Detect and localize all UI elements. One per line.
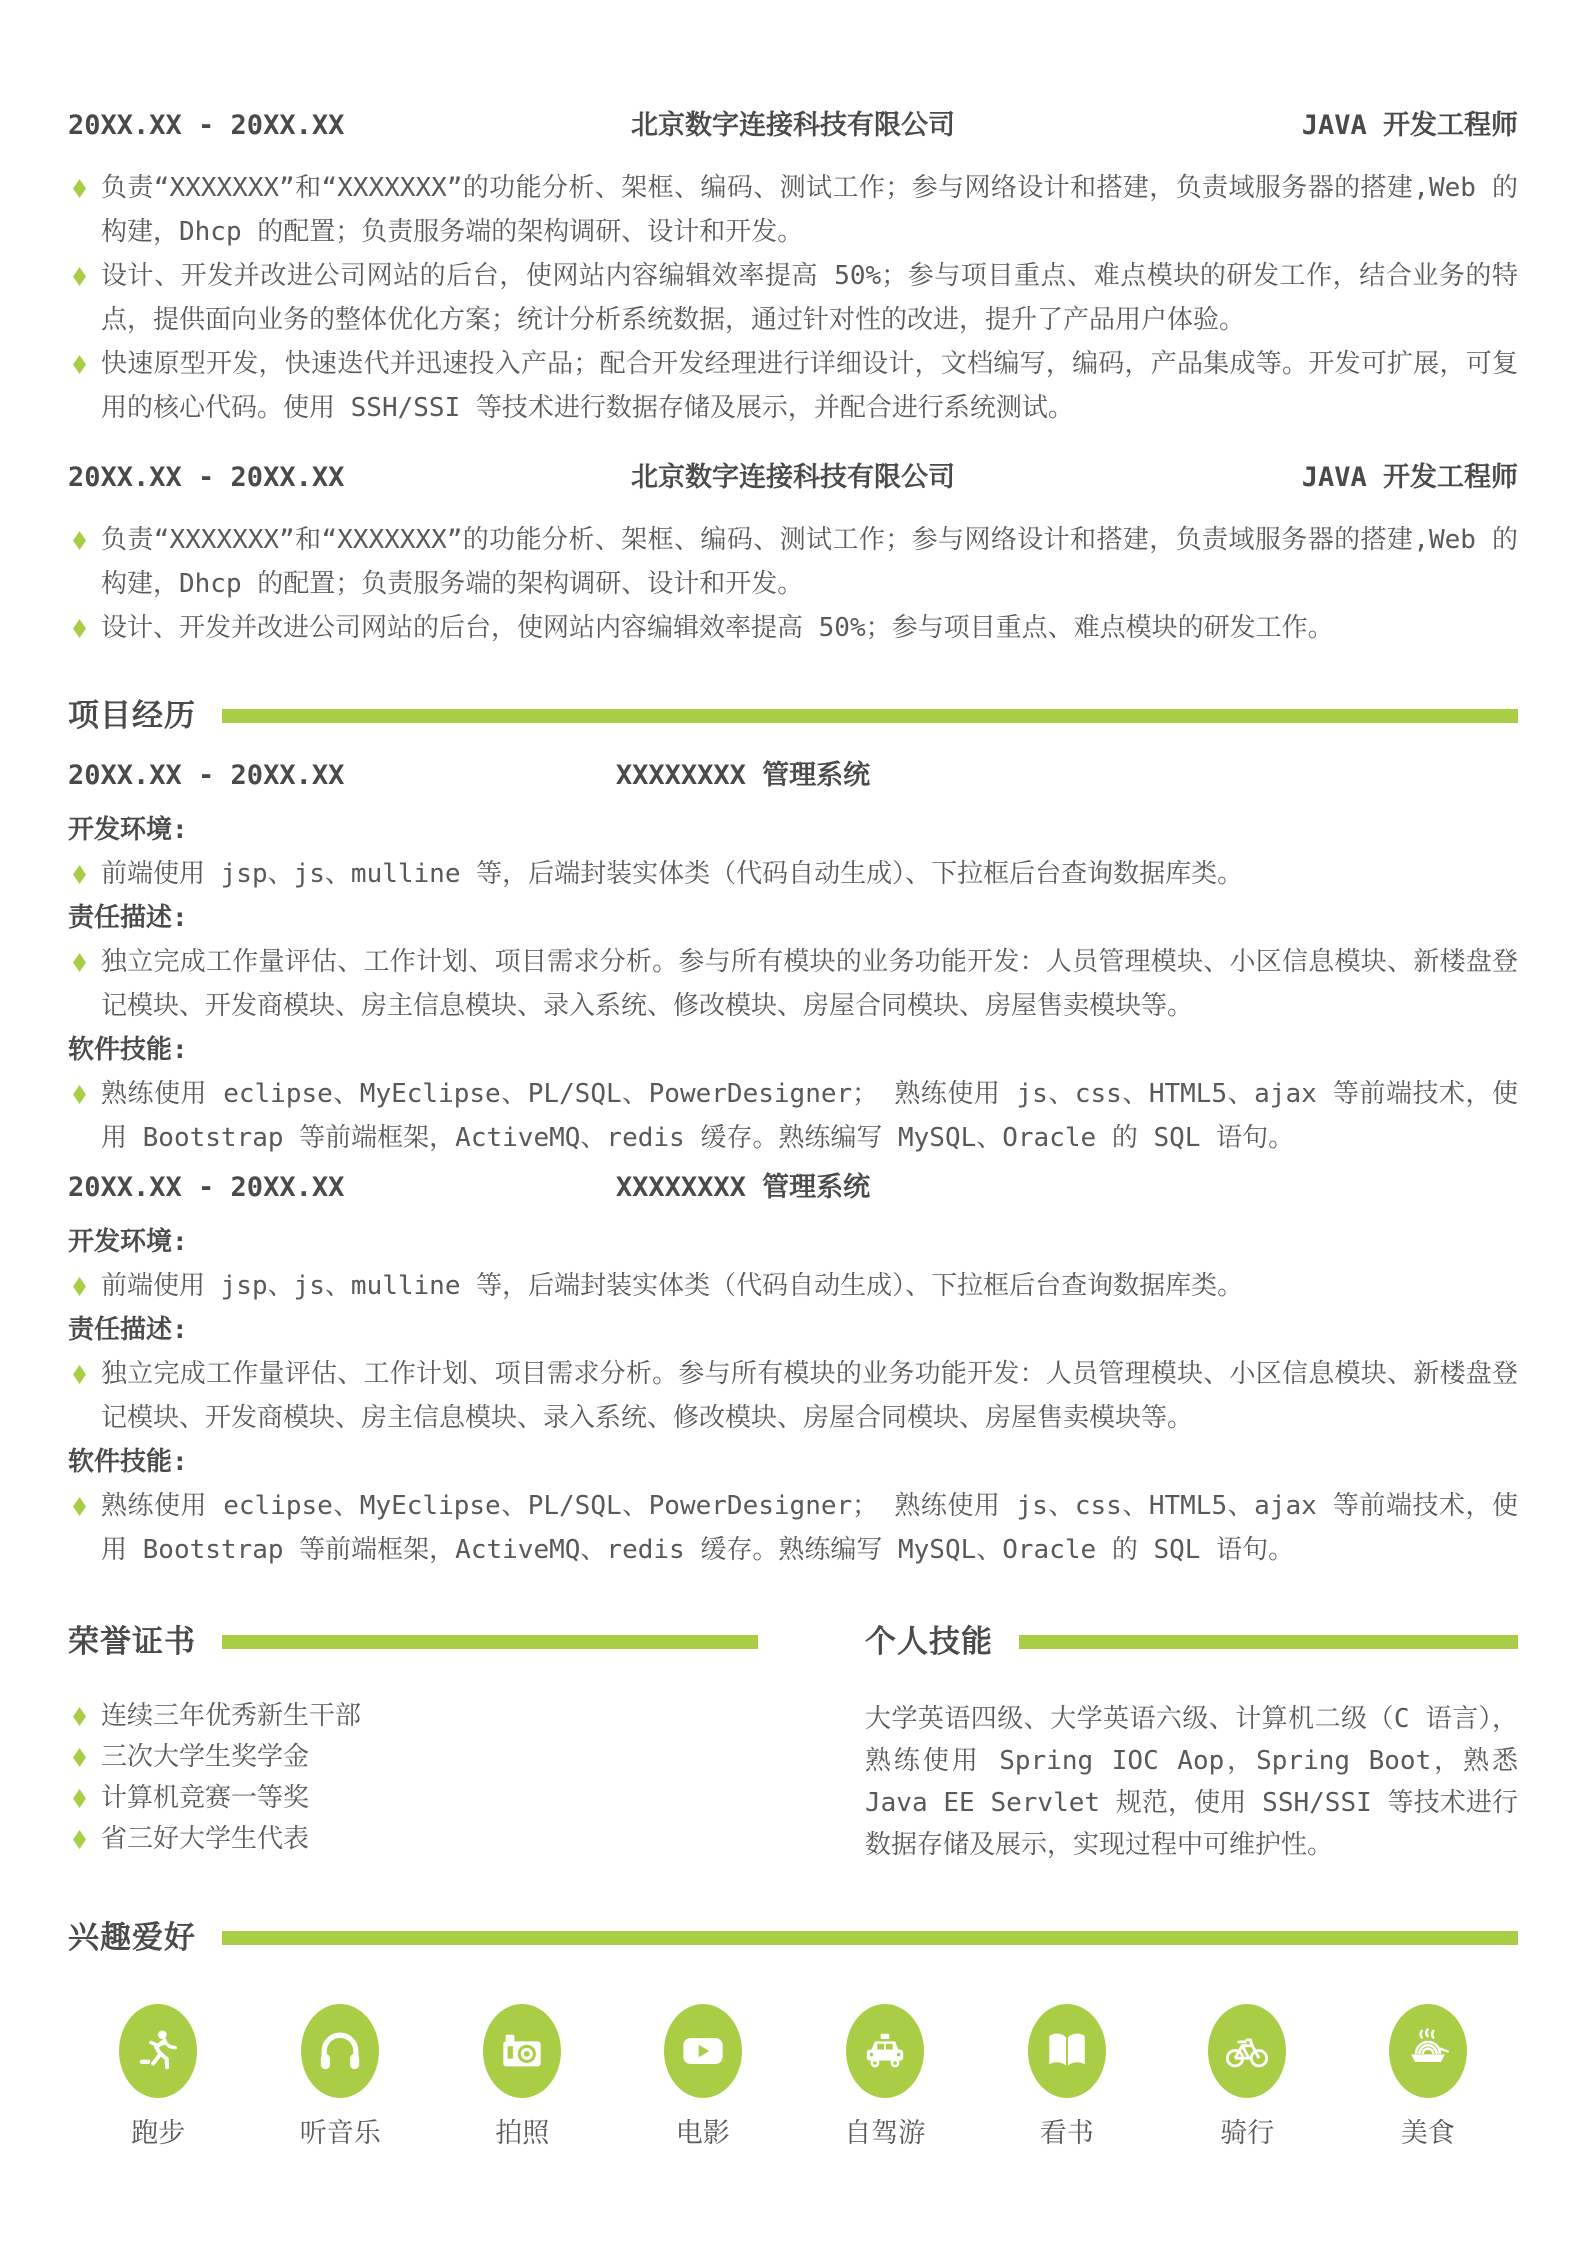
project-group-bullets: 独立完成工作量评估、工作计划、项目需求分析。参与所有模块的业务功能开发：人员管理… (68, 1352, 1518, 1440)
hobby-label: 骑行 (1220, 2111, 1274, 2150)
bullet-item: 熟练使用 eclipse、MyEclipse、PL/SQL、PowerDesig… (68, 1484, 1518, 1572)
taxi-icon (862, 2028, 908, 2074)
section-header: 兴趣爱好 (68, 1918, 1518, 1958)
skills-section-title: 个人技能 (865, 1622, 993, 1662)
hobby-reading: 看书 (1028, 2004, 1106, 2150)
section-accent-bar (222, 1931, 1518, 1945)
project-experience-section: 项目经历 20XX.XX - 20XX.XX XXXXXXXX 管理系统 开发环… (68, 696, 1518, 1572)
project-entry-name: XXXXXXXX 管理系统 (616, 756, 870, 796)
section-accent-bar (222, 1635, 758, 1649)
work-entry: 20XX.XX - 20XX.XX 北京数字连接科技有限公司 JAVA 开发工程… (68, 106, 1518, 430)
resume-page: 20XX.XX - 20XX.XX 北京数字连接科技有限公司 JAVA 开发工程… (0, 0, 1587, 2245)
hobby-icon-badge (1208, 2004, 1286, 2098)
project-group-label: 责任描述: (68, 896, 1518, 940)
section-header: 项目经历 (68, 696, 1518, 736)
work-experience-section: 20XX.XX - 20XX.XX 北京数字连接科技有限公司 JAVA 开发工程… (68, 106, 1518, 650)
project-entry-date: 20XX.XX - 20XX.XX (68, 1168, 344, 1208)
bullet-item: 前端使用 jsp、js、mulline 等，后端封装实体类（代码自动生成）、下拉… (68, 852, 1518, 896)
running-icon (135, 2028, 181, 2074)
work-entry-header: 20XX.XX - 20XX.XX 北京数字连接科技有限公司 JAVA 开发工程… (68, 106, 1518, 146)
project-group-bullets: 熟练使用 eclipse、MyEclipse、PL/SQL、PowerDesig… (68, 1072, 1518, 1160)
work-entry-company: 北京数字连接科技有限公司 (631, 106, 955, 146)
project-group-bullets: 前端使用 jsp、js、mulline 等，后端封装实体类（代码自动生成）、下拉… (68, 852, 1518, 896)
movie-icon (680, 2028, 726, 2074)
work-entry-role: JAVA 开发工程师 (1302, 106, 1518, 146)
project-entry: 20XX.XX - 20XX.XX XXXXXXXX 管理系统 开发环境: 前端… (68, 1168, 1518, 1572)
hobbies-section: 兴趣爱好 跑步 (68, 1918, 1518, 2150)
hobby-running: 跑步 (119, 2004, 197, 2150)
bullet-item: 设计、开发并改进公司网站的后台，使网站内容编辑效率提高 50%；参与项目重点、难… (68, 606, 1518, 650)
project-entry-name: XXXXXXXX 管理系统 (616, 1168, 870, 1208)
project-group-label: 责任描述: (68, 1308, 1518, 1352)
camera-icon (499, 2028, 545, 2074)
project-group-label: 开发环境: (68, 1220, 1518, 1264)
hobby-cycling: 骑行 (1208, 2004, 1286, 2150)
project-group-bullets: 前端使用 jsp、js、mulline 等，后端封装实体类（代码自动生成）、下拉… (68, 1264, 1518, 1308)
honors-list: 连续三年优秀新生干部 三次大学生奖学金 计算机竞赛一等奖 省三好大学生代表 (68, 1696, 758, 1860)
bicycle-icon (1224, 2028, 1270, 2074)
honors-section: 荣誉证书 连续三年优秀新生干部 三次大学生奖学金 计算机竞赛一等奖 省三好大学生… (68, 1622, 758, 1866)
hobby-label: 电影 (676, 2111, 730, 2150)
bullet-item: 负责“XXXXXXX”和“XXXXXXX”的功能分析、架框、编码、测试工作；参与… (68, 166, 1518, 254)
hobby-label: 跑步 (131, 2111, 185, 2150)
project-group-bullets: 独立完成工作量评估、工作计划、项目需求分析。参与所有模块的业务功能开发：人员管理… (68, 940, 1518, 1028)
section-accent-bar (1019, 1635, 1518, 1649)
project-entry: 20XX.XX - 20XX.XX XXXXXXXX 管理系统 开发环境: 前端… (68, 756, 1518, 1160)
list-item: 计算机竞赛一等奖 (68, 1778, 758, 1819)
project-entry-header: 20XX.XX - 20XX.XX XXXXXXXX 管理系统 (68, 1168, 1518, 1208)
hobby-photo: 拍照 (483, 2004, 561, 2150)
hobby-roadtrip: 自驾游 (844, 2004, 925, 2150)
section-accent-bar (222, 709, 1518, 723)
work-entry-date: 20XX.XX - 20XX.XX (68, 458, 344, 498)
honors-skills-row: 荣誉证书 连续三年优秀新生干部 三次大学生奖学金 计算机竞赛一等奖 省三好大学生… (68, 1622, 1518, 1866)
hobbies-section-title: 兴趣爱好 (68, 1918, 196, 1958)
work-entry-role: JAVA 开发工程师 (1302, 458, 1518, 498)
bullet-item: 独立完成工作量评估、工作计划、项目需求分析。参与所有模块的业务功能开发：人员管理… (68, 1352, 1518, 1440)
hobby-music: 听音乐 (300, 2004, 381, 2150)
hobby-icon-badge (483, 2004, 561, 2098)
hobby-label: 拍照 (495, 2111, 549, 2150)
skills-text: 大学英语四级、大学英语六级、计算机二级（C 语言），熟练使用 Spring IO… (865, 1698, 1518, 1866)
project-entry-header: 20XX.XX - 20XX.XX XXXXXXXX 管理系统 (68, 756, 1518, 796)
hobby-label: 听音乐 (300, 2111, 381, 2150)
honors-section-title: 荣誉证书 (68, 1622, 196, 1662)
hobby-icon-badge (1389, 2004, 1467, 2098)
project-entry-date: 20XX.XX - 20XX.XX (68, 756, 344, 796)
hobby-label: 看书 (1040, 2111, 1094, 2150)
hobby-label: 美食 (1401, 2111, 1455, 2150)
project-group-bullets: 熟练使用 eclipse、MyEclipse、PL/SQL、PowerDesig… (68, 1484, 1518, 1572)
bullet-item: 负责“XXXXXXX”和“XXXXXXX”的功能分析、架框、编码、测试工作；参与… (68, 518, 1518, 606)
hobby-food: 美食 (1389, 2004, 1467, 2150)
hobby-icon-badge (664, 2004, 742, 2098)
list-item: 连续三年优秀新生干部 (68, 1696, 758, 1737)
headphones-icon (317, 2028, 363, 2074)
bullet-item: 设计、开发并改进公司网站的后台，使网站内容编辑效率提高 50%；参与项目重点、难… (68, 254, 1518, 342)
work-entry: 20XX.XX - 20XX.XX 北京数字连接科技有限公司 JAVA 开发工程… (68, 458, 1518, 650)
project-group-label: 开发环境: (68, 808, 1518, 852)
work-entry-company: 北京数字连接科技有限公司 (631, 458, 955, 498)
project-group-label: 软件技能: (68, 1440, 1518, 1484)
hobbies-row: 跑步 听音乐 (68, 2004, 1518, 2150)
work-entry-bullets: 负责“XXXXXXX”和“XXXXXXX”的功能分析、架框、编码、测试工作；参与… (68, 166, 1518, 430)
list-item: 省三好大学生代表 (68, 1819, 758, 1860)
section-header: 个人技能 (865, 1622, 1518, 1662)
bullet-item: 前端使用 jsp、js、mulline 等，后端封装实体类（代码自动生成）、下拉… (68, 1264, 1518, 1308)
hobby-movie: 电影 (664, 2004, 742, 2150)
bullet-item: 熟练使用 eclipse、MyEclipse、PL/SQL、PowerDesig… (68, 1072, 1518, 1160)
hobby-icon-badge (846, 2004, 924, 2098)
work-entry-date: 20XX.XX - 20XX.XX (68, 106, 344, 146)
hobby-icon-badge (119, 2004, 197, 2098)
list-item: 三次大学生奖学金 (68, 1737, 758, 1778)
project-group-label: 软件技能: (68, 1028, 1518, 1072)
bullet-item: 独立完成工作量评估、工作计划、项目需求分析。参与所有模块的业务功能开发：人员管理… (68, 940, 1518, 1028)
book-icon (1044, 2028, 1090, 2074)
project-section-title: 项目经历 (68, 696, 196, 736)
hobby-label: 自驾游 (844, 2111, 925, 2150)
hobby-icon-badge (301, 2004, 379, 2098)
section-header: 荣誉证书 (68, 1622, 758, 1662)
work-entry-bullets: 负责“XXXXXXX”和“XXXXXXX”的功能分析、架框、编码、测试工作；参与… (68, 518, 1518, 650)
hobby-icon-badge (1028, 2004, 1106, 2098)
skills-section: 个人技能 大学英语四级、大学英语六级、计算机二级（C 语言），熟练使用 Spri… (865, 1622, 1518, 1866)
work-entry-header: 20XX.XX - 20XX.XX 北京数字连接科技有限公司 JAVA 开发工程… (68, 458, 1518, 498)
food-icon (1405, 2028, 1451, 2074)
bullet-item: 快速原型开发，快速迭代并迅速投入产品；配合开发经理进行详细设计，文档编写，编码，… (68, 342, 1518, 430)
